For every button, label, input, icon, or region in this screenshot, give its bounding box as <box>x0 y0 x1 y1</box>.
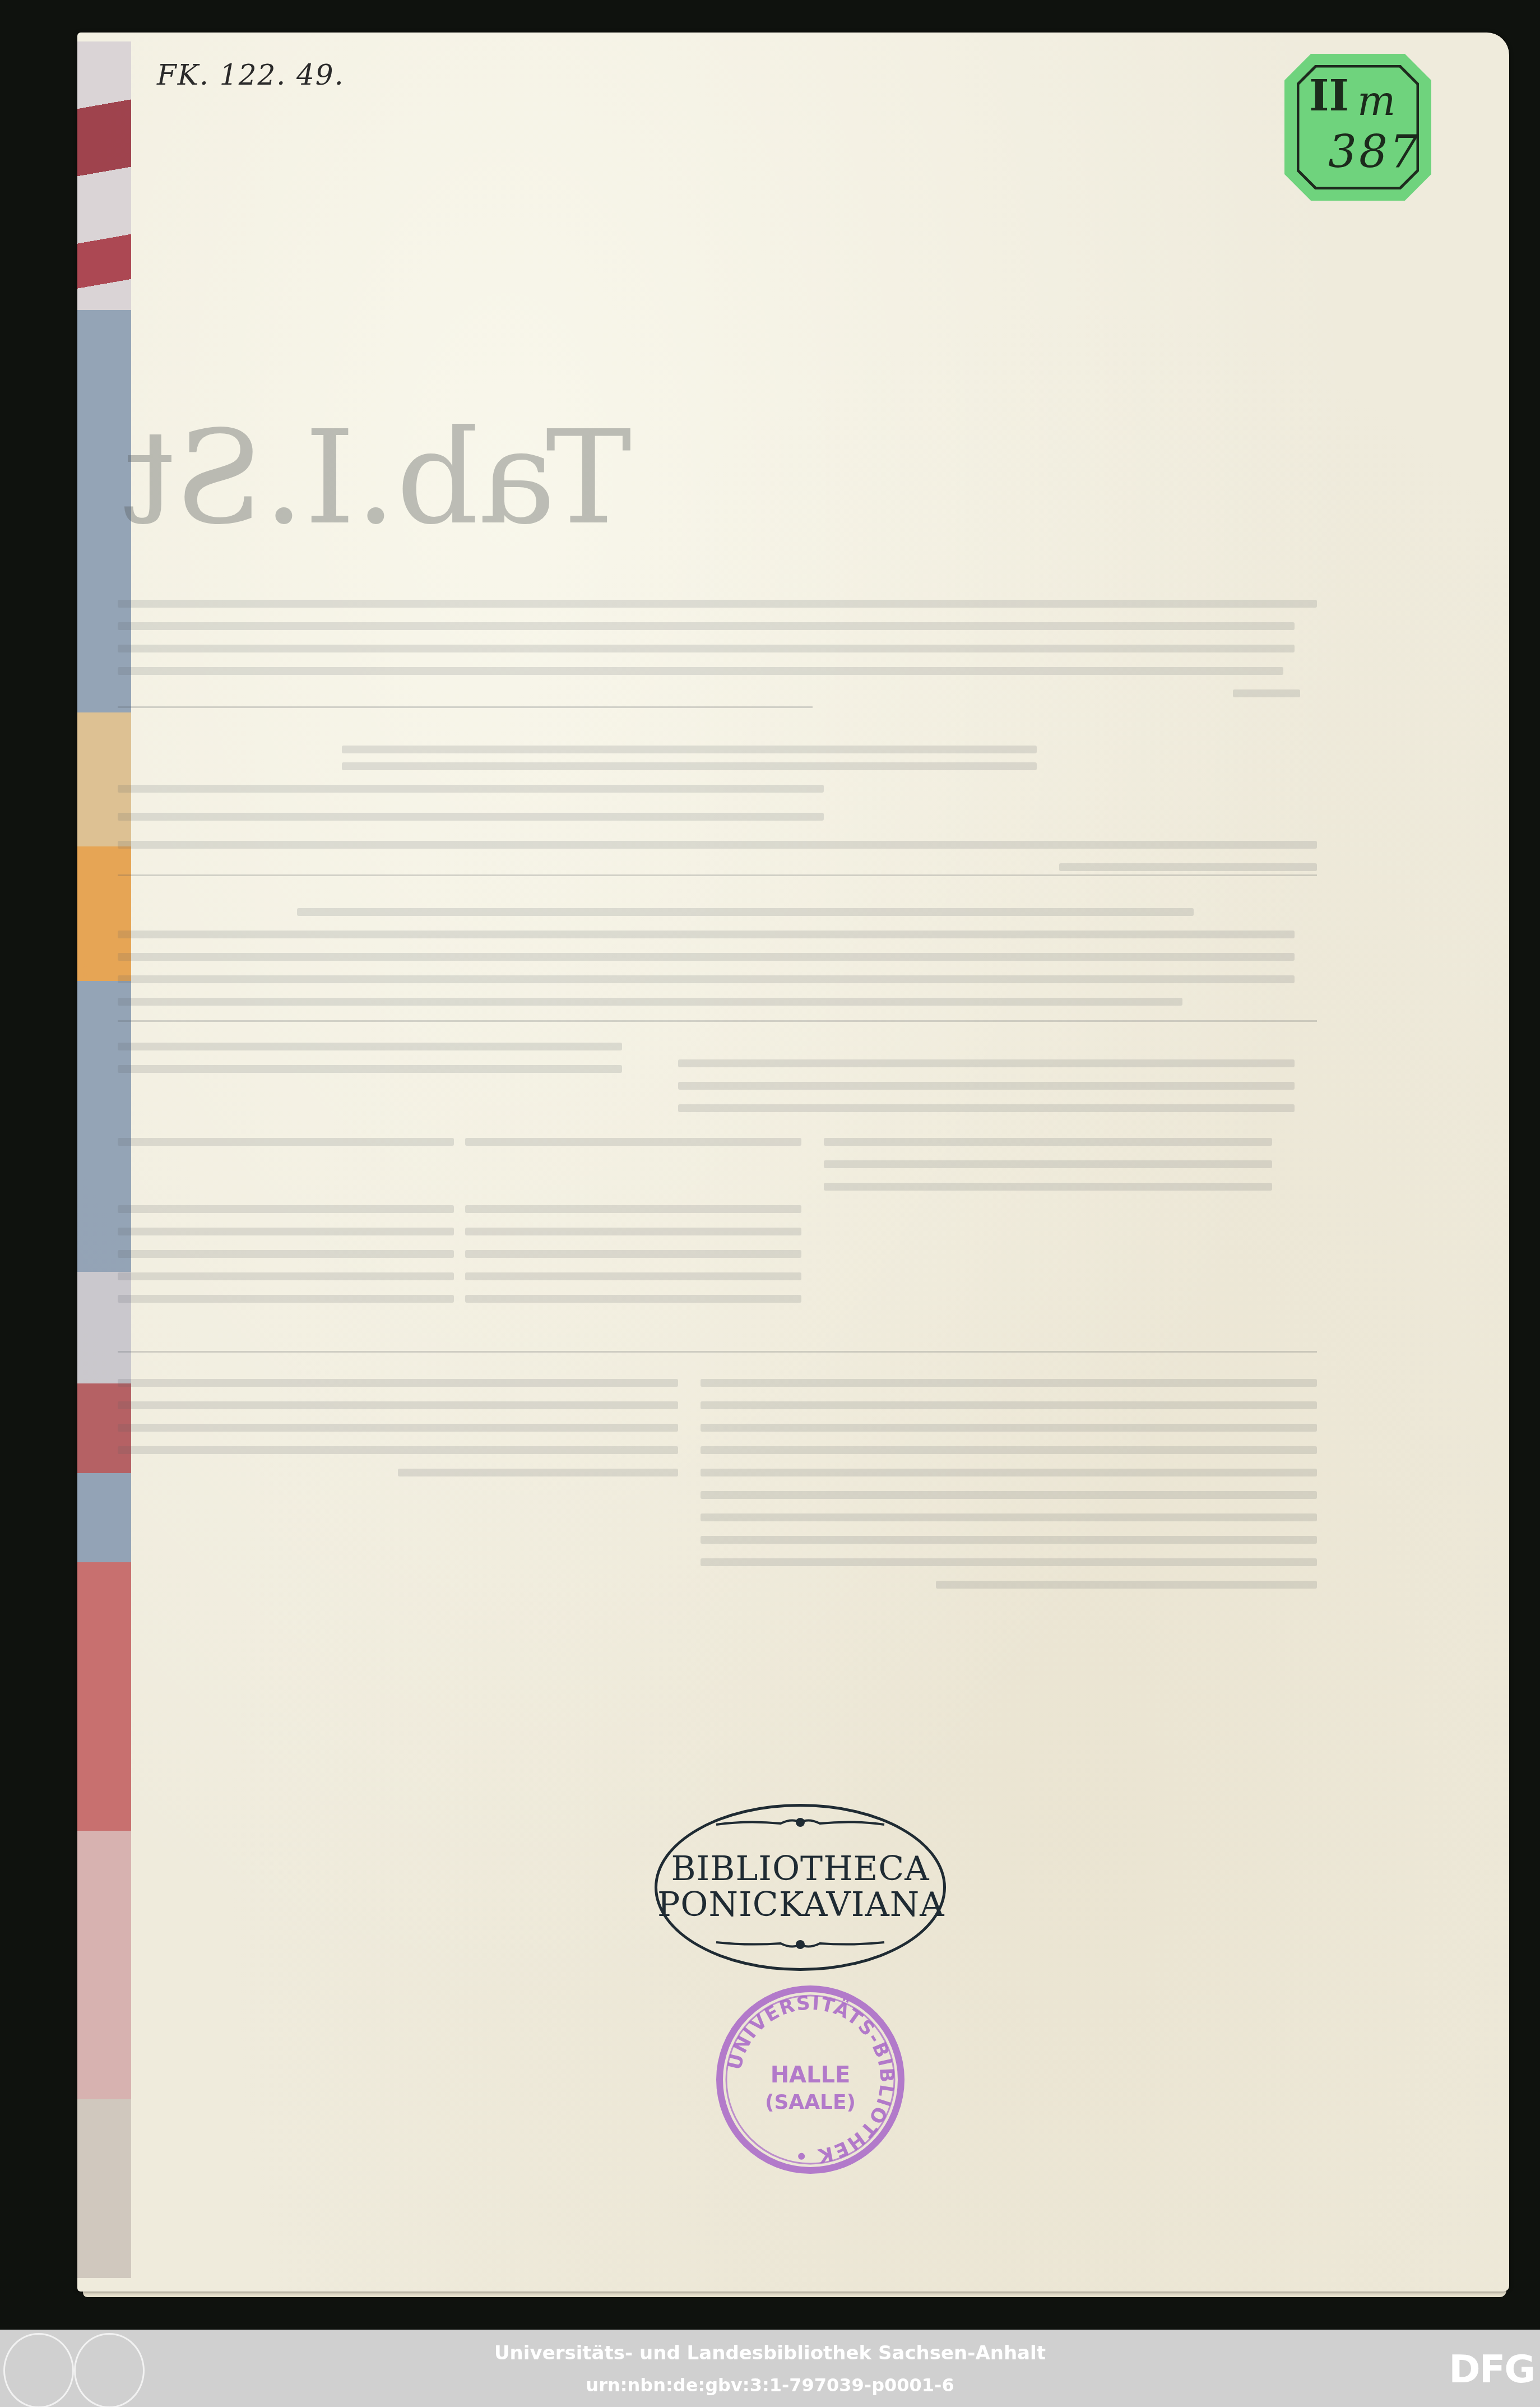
bleed-through-line <box>118 785 824 793</box>
bleed-through-line <box>118 1205 454 1213</box>
bleed-through-line <box>465 1250 801 1258</box>
bleed-through-rule <box>118 1351 1317 1353</box>
bleed-through-line <box>824 1183 1272 1191</box>
bleed-through-line <box>678 1082 1295 1090</box>
university-library-halle-stamp: UNIVERSITÄTS-BIBLIOTHEK • HALLE (SAALE) <box>715 1984 906 2175</box>
bleed-through-line <box>701 1469 1317 1476</box>
bleed-through-line <box>465 1205 801 1213</box>
bleed-through-line <box>701 1558 1317 1566</box>
bleed-through-line <box>701 1536 1317 1544</box>
bleed-through-heading: Tab.I.St <box>123 404 583 549</box>
bleed-through-line <box>118 1228 454 1235</box>
bleed-through-line <box>118 841 1317 849</box>
bleed-through-line <box>118 1446 678 1454</box>
bleed-through-line <box>465 1272 801 1280</box>
bleed-through-line <box>824 1138 1272 1146</box>
bleed-through-line <box>118 1065 622 1073</box>
bleed-through-rule <box>118 1020 1317 1022</box>
bleed-through-rule <box>118 874 1317 876</box>
bleed-through-line <box>701 1491 1317 1499</box>
label-roman-numeral: II <box>1309 71 1349 121</box>
svg-text:HALLE: HALLE <box>771 2062 851 2088</box>
stamp-line-1: BIBLIOTHECA <box>657 1849 943 1888</box>
bleed-through-line <box>118 1295 454 1303</box>
bleed-through-text <box>118 577 1317 1771</box>
bleed-through-line <box>701 1379 1317 1387</box>
stamp-line-2: PONICKAVIANA <box>657 1885 943 1924</box>
bleed-through-line <box>118 600 1317 608</box>
bleed-through-line <box>824 1160 1272 1168</box>
bleed-through-line <box>118 1138 454 1146</box>
bleed-through-line <box>342 762 1037 770</box>
bleed-through-line <box>118 1043 622 1050</box>
svg-text:(SAALE): (SAALE) <box>765 2091 856 2114</box>
bleed-through-line <box>1233 689 1300 697</box>
bleed-through-line <box>678 1059 1295 1067</box>
bleed-through-line <box>118 1424 678 1432</box>
bleed-through-line <box>118 998 1182 1006</box>
bleed-through-line <box>465 1138 801 1146</box>
bleed-through-line <box>678 1104 1295 1112</box>
bleed-through-line <box>118 1379 678 1387</box>
shelf-label: II m 387 <box>1284 54 1431 201</box>
bibliotheca-ponickaviana-stamp: BIBLIOTHECA PONICKAVIANA <box>655 1804 946 1971</box>
bleed-through-line <box>118 1250 454 1258</box>
bleed-through-line <box>118 667 1283 675</box>
bleed-through-line <box>701 1513 1317 1521</box>
bleed-through-line <box>701 1446 1317 1454</box>
bleed-through-line <box>118 645 1295 652</box>
bleed-through-line <box>1059 863 1317 871</box>
label-letter: m <box>1357 77 1395 124</box>
institution-name: Universitäts- und Landesbibliothek Sachs… <box>0 2342 1540 2364</box>
handwritten-shelfmark: FK. 122. 49. <box>157 59 345 91</box>
label-number: 387 <box>1328 126 1421 178</box>
bleed-through-line <box>342 746 1037 753</box>
bleed-through-line <box>118 931 1295 938</box>
footer-bar: Universitäts- und Landesbibliothek Sachs… <box>0 2330 1540 2407</box>
bleed-through-rule <box>118 706 813 708</box>
bleed-through-line <box>701 1401 1317 1409</box>
bleed-through-line <box>118 622 1295 630</box>
bleed-through-line <box>118 1401 678 1409</box>
bleed-through-line <box>118 813 824 821</box>
bleed-through-line <box>398 1469 678 1476</box>
bleed-through-line <box>118 975 1295 983</box>
bleed-through-line <box>118 953 1295 961</box>
scan-viewer: FK. 122. 49. II m 387 Tab.I.St BIBLIOTHE… <box>0 0 1540 2330</box>
ornament-top-icon <box>713 1814 887 1830</box>
bleed-through-line <box>936 1581 1317 1589</box>
bleed-through-line <box>465 1228 801 1235</box>
dfg-logo: DFG <box>1449 2348 1534 2392</box>
bleed-through-line <box>118 1272 454 1280</box>
bleed-through-line <box>701 1424 1317 1432</box>
bleed-through-line <box>465 1295 801 1303</box>
bleed-through-line <box>297 908 1194 916</box>
ornament-bottom-icon <box>713 1937 887 1952</box>
urn-identifier[interactable]: urn:nbn:de:gbv:3:1-797039-p0001-6 <box>0 2374 1540 2396</box>
